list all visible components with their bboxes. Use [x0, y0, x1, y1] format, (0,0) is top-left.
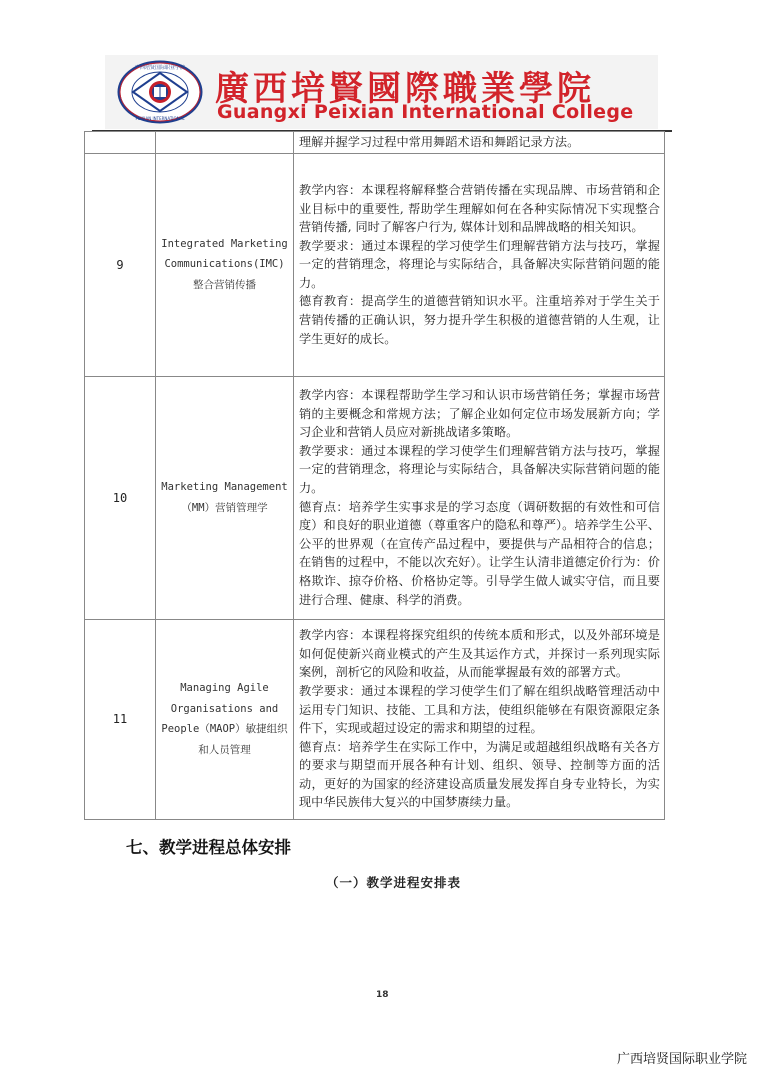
course-description: 教学内容：本课程将解释整合营销传播在实现品牌、市场营销和企业目标中的重要性, 帮… [294, 153, 665, 376]
course-name-line: （MM）营销管理学 [156, 498, 293, 519]
course-name [156, 132, 294, 154]
moral-education: 德育点：培养学生实事求是的学习态度（调研数据的有效性和可信度）和良好的职业道德（… [299, 498, 660, 610]
teaching-content: 教学内容：本课程将解释整合营销传播在实现品牌、市场营销和企业目标中的重要性, 帮… [299, 181, 660, 237]
course-number [85, 132, 156, 154]
footer-institution: 广西培贤国际职业学院 [617, 1048, 747, 1067]
course-table: 理解并握学习过程中常用舞蹈术语和舞蹈记录方法。 9 Integrated Mar… [84, 131, 665, 820]
course-number: 11 [85, 619, 156, 819]
svg-text:广西培贤国际职业学院: 广西培贤国际职业学院 [135, 64, 185, 71]
course-description: 教学内容：本课程将探究组织的传统本质和形式，以及外部环境是如何促使新兴商业模式的… [294, 619, 665, 819]
description-paragraph: 理解并握学习过程中常用舞蹈术语和舞蹈记录方法。 [299, 133, 660, 152]
course-name: Integrated Marketing Communications(IMC)… [156, 153, 294, 376]
course-name: Managing Agile Organisations and People（… [156, 619, 294, 819]
college-name-english: Guangxi Peixian International College [217, 101, 633, 123]
table-row-continued: 理解并握学习过程中常用舞蹈术语和舞蹈记录方法。 [85, 132, 665, 154]
course-name-line: Marketing Management [156, 477, 293, 498]
course-name-line: People（MAOP）敏捷组织 [156, 719, 293, 740]
teaching-content: 教学内容：本课程帮助学生学习和认识市场营销任务；掌握市场营销的主要概念和常规方法… [299, 386, 660, 442]
college-seal-icon: 广西培贤国际职业学院 PEIXIAN INTERNATIONAL [117, 60, 203, 124]
teaching-requirements: 教学要求：通过本课程的学习使学生们理解营销方法与技巧，掌握一定的营销理念，将理论… [299, 442, 660, 498]
course-name-line: Communications(IMC) [156, 254, 293, 275]
teaching-requirements: 教学要求：通过本课程的学习使学生们理解营销方法与技巧，掌握一定的营销理念，将理论… [299, 237, 660, 293]
teaching-requirements: 教学要求：通过本课程的学习使学生们了解在组织战略管理活动中运用专门知识、技能、工… [299, 682, 660, 738]
table-row: 9 Integrated Marketing Communications(IM… [85, 153, 665, 376]
section-heading: 七、教学进程总体安排 [126, 834, 291, 858]
subsection-heading: （一）教学进程安排表 [326, 873, 461, 891]
course-number: 10 [85, 376, 156, 619]
svg-text:PEIXIAN INTERNATIONAL: PEIXIAN INTERNATIONAL [135, 116, 185, 121]
table-row: 11 Managing Agile Organisations and Peop… [85, 619, 665, 819]
course-name-line: Organisations and [156, 699, 293, 720]
course-description: 教学内容：本课程帮助学生学习和认识市场营销任务；掌握市场营销的主要概念和常规方法… [294, 376, 665, 619]
table-row: 10 Marketing Management （MM）营销管理学 教学内容：本… [85, 376, 665, 619]
course-name-line: 整合营销传播 [156, 275, 293, 296]
course-name: Marketing Management （MM）营销管理学 [156, 376, 294, 619]
course-name-line: 和人员管理 [156, 740, 293, 761]
course-name-line: Integrated Marketing [156, 234, 293, 255]
moral-education: 德育教育：提高学生的道德营销知识水平。注重培养对于学生关于营销传播的正确认识，努… [299, 292, 660, 348]
course-name-line: Managing Agile [156, 678, 293, 699]
course-number: 9 [85, 153, 156, 376]
moral-education: 德育点：培养学生在实际工作中，为满足或超越组织战略有关各方的要求与期望而开展各种… [299, 738, 660, 812]
header-banner: 广西培贤国际职业学院 PEIXIAN INTERNATIONAL 廣西培賢國際職… [105, 55, 658, 129]
page-number: 18 [376, 990, 389, 1000]
course-description: 理解并握学习过程中常用舞蹈术语和舞蹈记录方法。 [294, 132, 665, 154]
teaching-content: 教学内容：本课程将探究组织的传统本质和形式，以及外部环境是如何促使新兴商业模式的… [299, 626, 660, 682]
